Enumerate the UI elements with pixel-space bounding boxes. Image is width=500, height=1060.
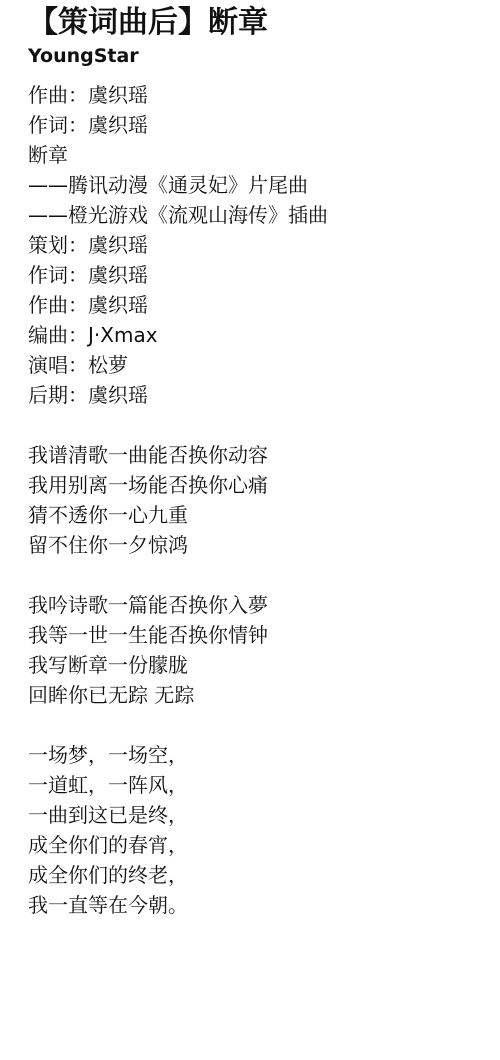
- lyrics-page: 【策词曲后】断章 YoungStar 作曲：虞织瑶作词：虞织瑶断章——腾讯动漫《…: [0, 0, 500, 1060]
- lyric-line: 我等一世一生能否换你情钟: [28, 620, 488, 650]
- lyric-line-blank: [28, 560, 488, 590]
- lyric-line: 我谱清歌一曲能否换你动容: [28, 440, 488, 470]
- lyric-line: 我一直等在今朝。: [28, 890, 488, 920]
- lyric-line: ——橙光游戏《流观山海传》插曲: [28, 200, 488, 230]
- lyric-line: 成全你们的终老，: [28, 860, 488, 890]
- lyric-line: 猜不透你一心九重: [28, 500, 488, 530]
- lyric-line: 作曲：虞织瑶: [28, 80, 488, 110]
- lyrics-block: 作曲：虞织瑶作词：虞织瑶断章——腾讯动漫《通灵妃》片尾曲——橙光游戏《流观山海传…: [28, 80, 488, 920]
- lyric-line: 演唱：松萝: [28, 350, 488, 380]
- lyric-line: 成全你们的春宵，: [28, 830, 488, 860]
- artist-name: YoungStar: [28, 43, 488, 69]
- lyric-line: 我写断章一份朦胧: [28, 650, 488, 680]
- lyric-line-blank: [28, 410, 488, 440]
- lyric-line: 作曲：虞织瑶: [28, 290, 488, 320]
- lyric-line: 一曲到这已是终，: [28, 800, 488, 830]
- lyric-line: 我吟诗歌一篇能否换你入夢: [28, 590, 488, 620]
- song-title: 【策词曲后】断章: [28, 3, 488, 43]
- lyric-line: 编曲：J·Xmax: [28, 320, 488, 350]
- lyric-line: 策划：虞织瑶: [28, 230, 488, 260]
- lyric-line: 后期：虞织瑶: [28, 380, 488, 410]
- lyric-line: 一场梦，一场空，: [28, 740, 488, 770]
- lyric-line: 断章: [28, 140, 488, 170]
- lyric-line: 一道虹，一阵风，: [28, 770, 488, 800]
- lyric-line-blank: [28, 710, 488, 740]
- lyric-line: 留不住你一夕惊鸿: [28, 530, 488, 560]
- lyric-line: 回眸你已无踪 无踪: [28, 680, 488, 710]
- lyric-line: 作词：虞织瑶: [28, 260, 488, 290]
- lyric-line: 我用别离一场能否换你心痛: [28, 470, 488, 500]
- lyric-line: ——腾讯动漫《通灵妃》片尾曲: [28, 170, 488, 200]
- lyric-line: 作词：虞织瑶: [28, 110, 488, 140]
